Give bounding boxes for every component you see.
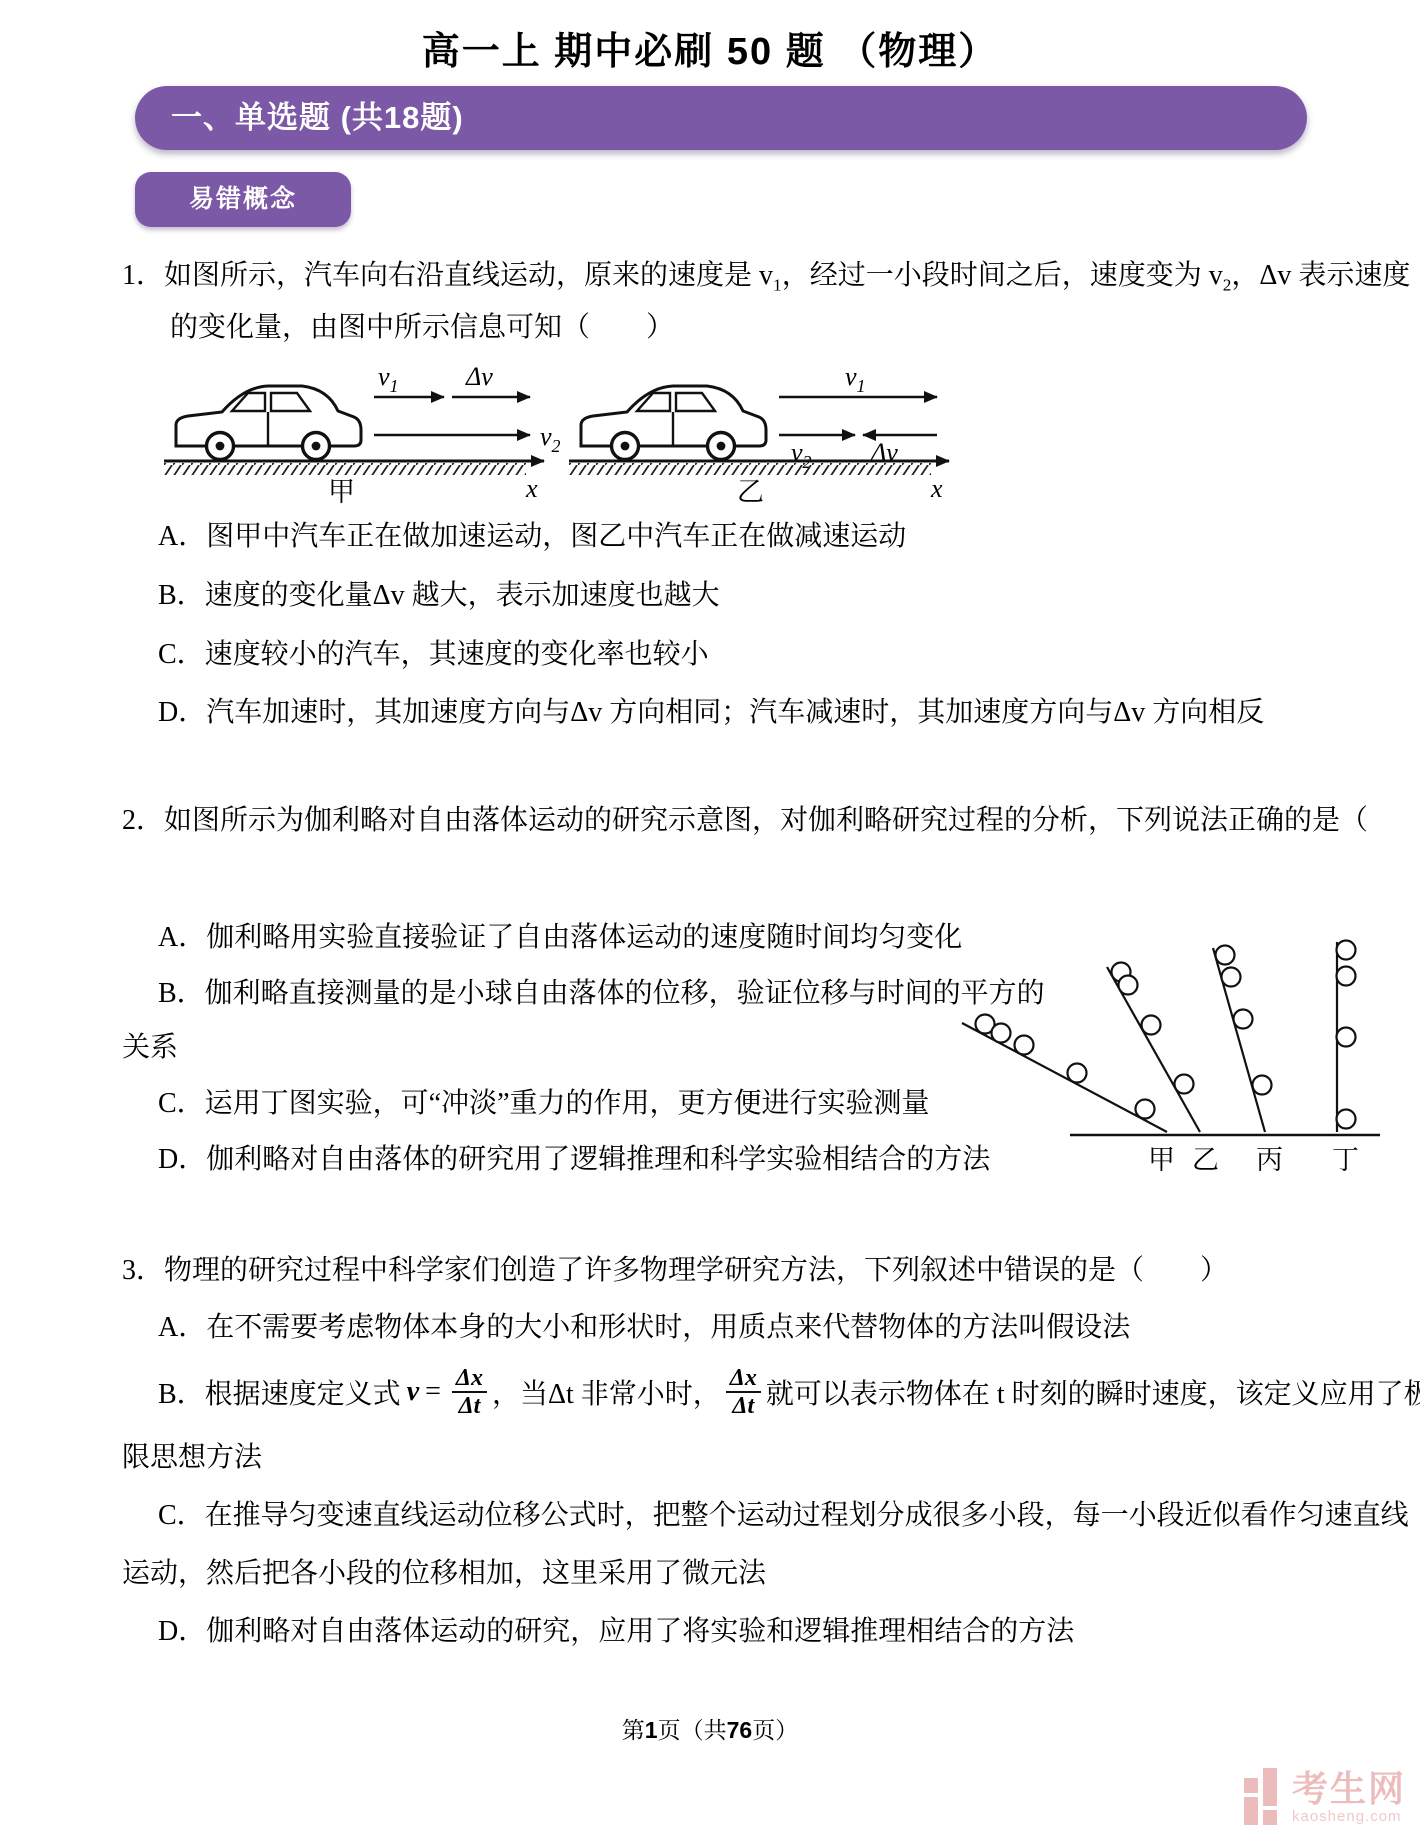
figure-label-yi: 乙 [737,477,764,505]
page-footer: 第1页（共76页） [0,1712,1420,1745]
q3-option-c-wrap: 运动，然后把各小段的位移相加，这里采用了微元法 [122,1556,766,1592]
q3-option-b-post: 就可以表示物体在 t 时刻的瞬时速度，该定义应用了极 [766,1372,1420,1412]
car-group-yi: v1 v2 Δv x 乙 [569,362,949,505]
kaosheng-logo-icon [1242,1766,1284,1828]
q2-option-b: B．伽利略直接测量的是小球自由落体的位移，验证位移与时间的平方的 [158,976,1045,1012]
figure-label-jia: 甲 [328,477,355,505]
ground-hatch [569,463,931,475]
rolling-balls [976,941,1356,1129]
q2-figure-galileo-inclines: 甲 乙 丙 丁 [950,935,1390,1175]
q1-option-d: D．汽车加速时，其加速度方向与Δv 方向相同；汽车减速时，其加速度方向与Δv 方… [158,695,1264,731]
delta-v-label: Δv [465,362,493,391]
velocity-symbol: v [407,1376,419,1408]
car-icon [581,386,766,460]
section-banner: 一、单选题 (共18题) [135,86,1307,150]
fraction-dx-dt: Δx Δt [452,1365,487,1420]
galileo-label-yi: 乙 [1192,1145,1219,1175]
q3-option-a: A．在不需要考虑物体本身的大小和形状时，用质点来代替物体的方法叫假设法 [158,1310,1130,1346]
x-axis-label: x [930,474,943,503]
section-heading: 一、单选题 (共18题) [135,86,1307,150]
delta-v-label: Δv [870,438,898,467]
q3-option-b-pre: B．根据速度定义式 [158,1372,401,1412]
q3-option-b: B．根据速度定义式 v = Δx Δt ，当Δt 非常小时， Δx Δt 就可以… [158,1352,1420,1432]
car-icon [176,386,361,460]
watermark-domain: kaosheng.com [1292,1808,1406,1825]
q1-stem-line2: 的变化量，由图中所示信息可知（ ） [170,310,674,346]
q3-option-d: D．伽利略对自由落体运动的研究，应用了将实验和逻辑推理相结合的方法 [158,1614,1074,1650]
q2-stem: 2．如图所示为伽利略对自由落体运动的研究示意图，对伽利略研究过程的分析，下列说法… [122,803,1420,839]
galileo-label-bing: 丙 [1256,1145,1283,1175]
concept-badge-label: 易错概念 [135,172,351,227]
q1-figure-car-motion: v1 Δv v2 x 甲 v1 v2 Δv [164,345,954,505]
ground-hatch [164,463,526,475]
q1-option-a: A．图甲中汽车正在做加速运动，图乙中汽车正在做减速运动 [158,519,906,555]
x-axis-label: x [525,474,538,503]
q2-option-c: C．运用丁图实验，可“冲淡”重力的作用，更方便进行实验测量 [158,1086,930,1122]
v1-label: v1 [845,362,866,396]
q2-option-a: A．伽利略用实验直接验证了自由落体运动的速度随时间均匀变化 [158,920,962,956]
galileo-label-jia: 甲 [1148,1145,1175,1175]
q2-option-d: D．伽利略对自由落体的研究用了逻辑推理和科学实验相结合的方法 [158,1142,990,1178]
exam-page: 高一上 期中必刷 50 题 （物理） 一、单选题 (共18题) 易错概念 1．如… [0,0,1420,1842]
q3-stem: 3．物理的研究过程中科学家们创造了许多物理学研究方法，下列叙述中错误的是（ ） [122,1253,1228,1289]
page-title: 高一上 期中必刷 50 题 （物理） [0,20,1420,75]
total-pages: 76 [727,1717,753,1743]
v2-label: v2 [540,422,561,456]
concept-badge: 易错概念 [135,172,351,227]
q3-option-c: C．在推导匀变速直线运动位移公式时，把整个运动过程划分成很多小段，每一小段近似看… [158,1498,1409,1534]
equals-sign: = [425,1376,441,1408]
q1-option-c: C．速度较小的汽车，其速度的变化率也较小 [158,637,709,673]
q3-option-b-wrap: 限思想方法 [122,1440,262,1476]
watermark: 考生网 kaosheng.com [1242,1766,1406,1828]
q1-stem-line1: 1．如图所示，汽车向右沿直线运动，原来的速度是 v1，经过一小段时间之后，速度变… [122,258,1410,304]
q3-option-b-mid: ，当Δt 非常小时， [492,1372,721,1412]
v1-label: v1 [378,362,399,396]
page-number: 1 [645,1717,658,1743]
watermark-name: 考生网 [1292,1770,1406,1808]
q1-option-b: B．速度的变化量Δv 越大，表示加速度也越大 [158,578,720,614]
q2-option-b-wrap: 关系 [122,1030,178,1066]
galileo-label-ding: 丁 [1332,1145,1359,1175]
fraction-dx-dt: Δx Δt [726,1365,761,1420]
car-group-jia: v1 Δv v2 x 甲 [164,362,561,505]
